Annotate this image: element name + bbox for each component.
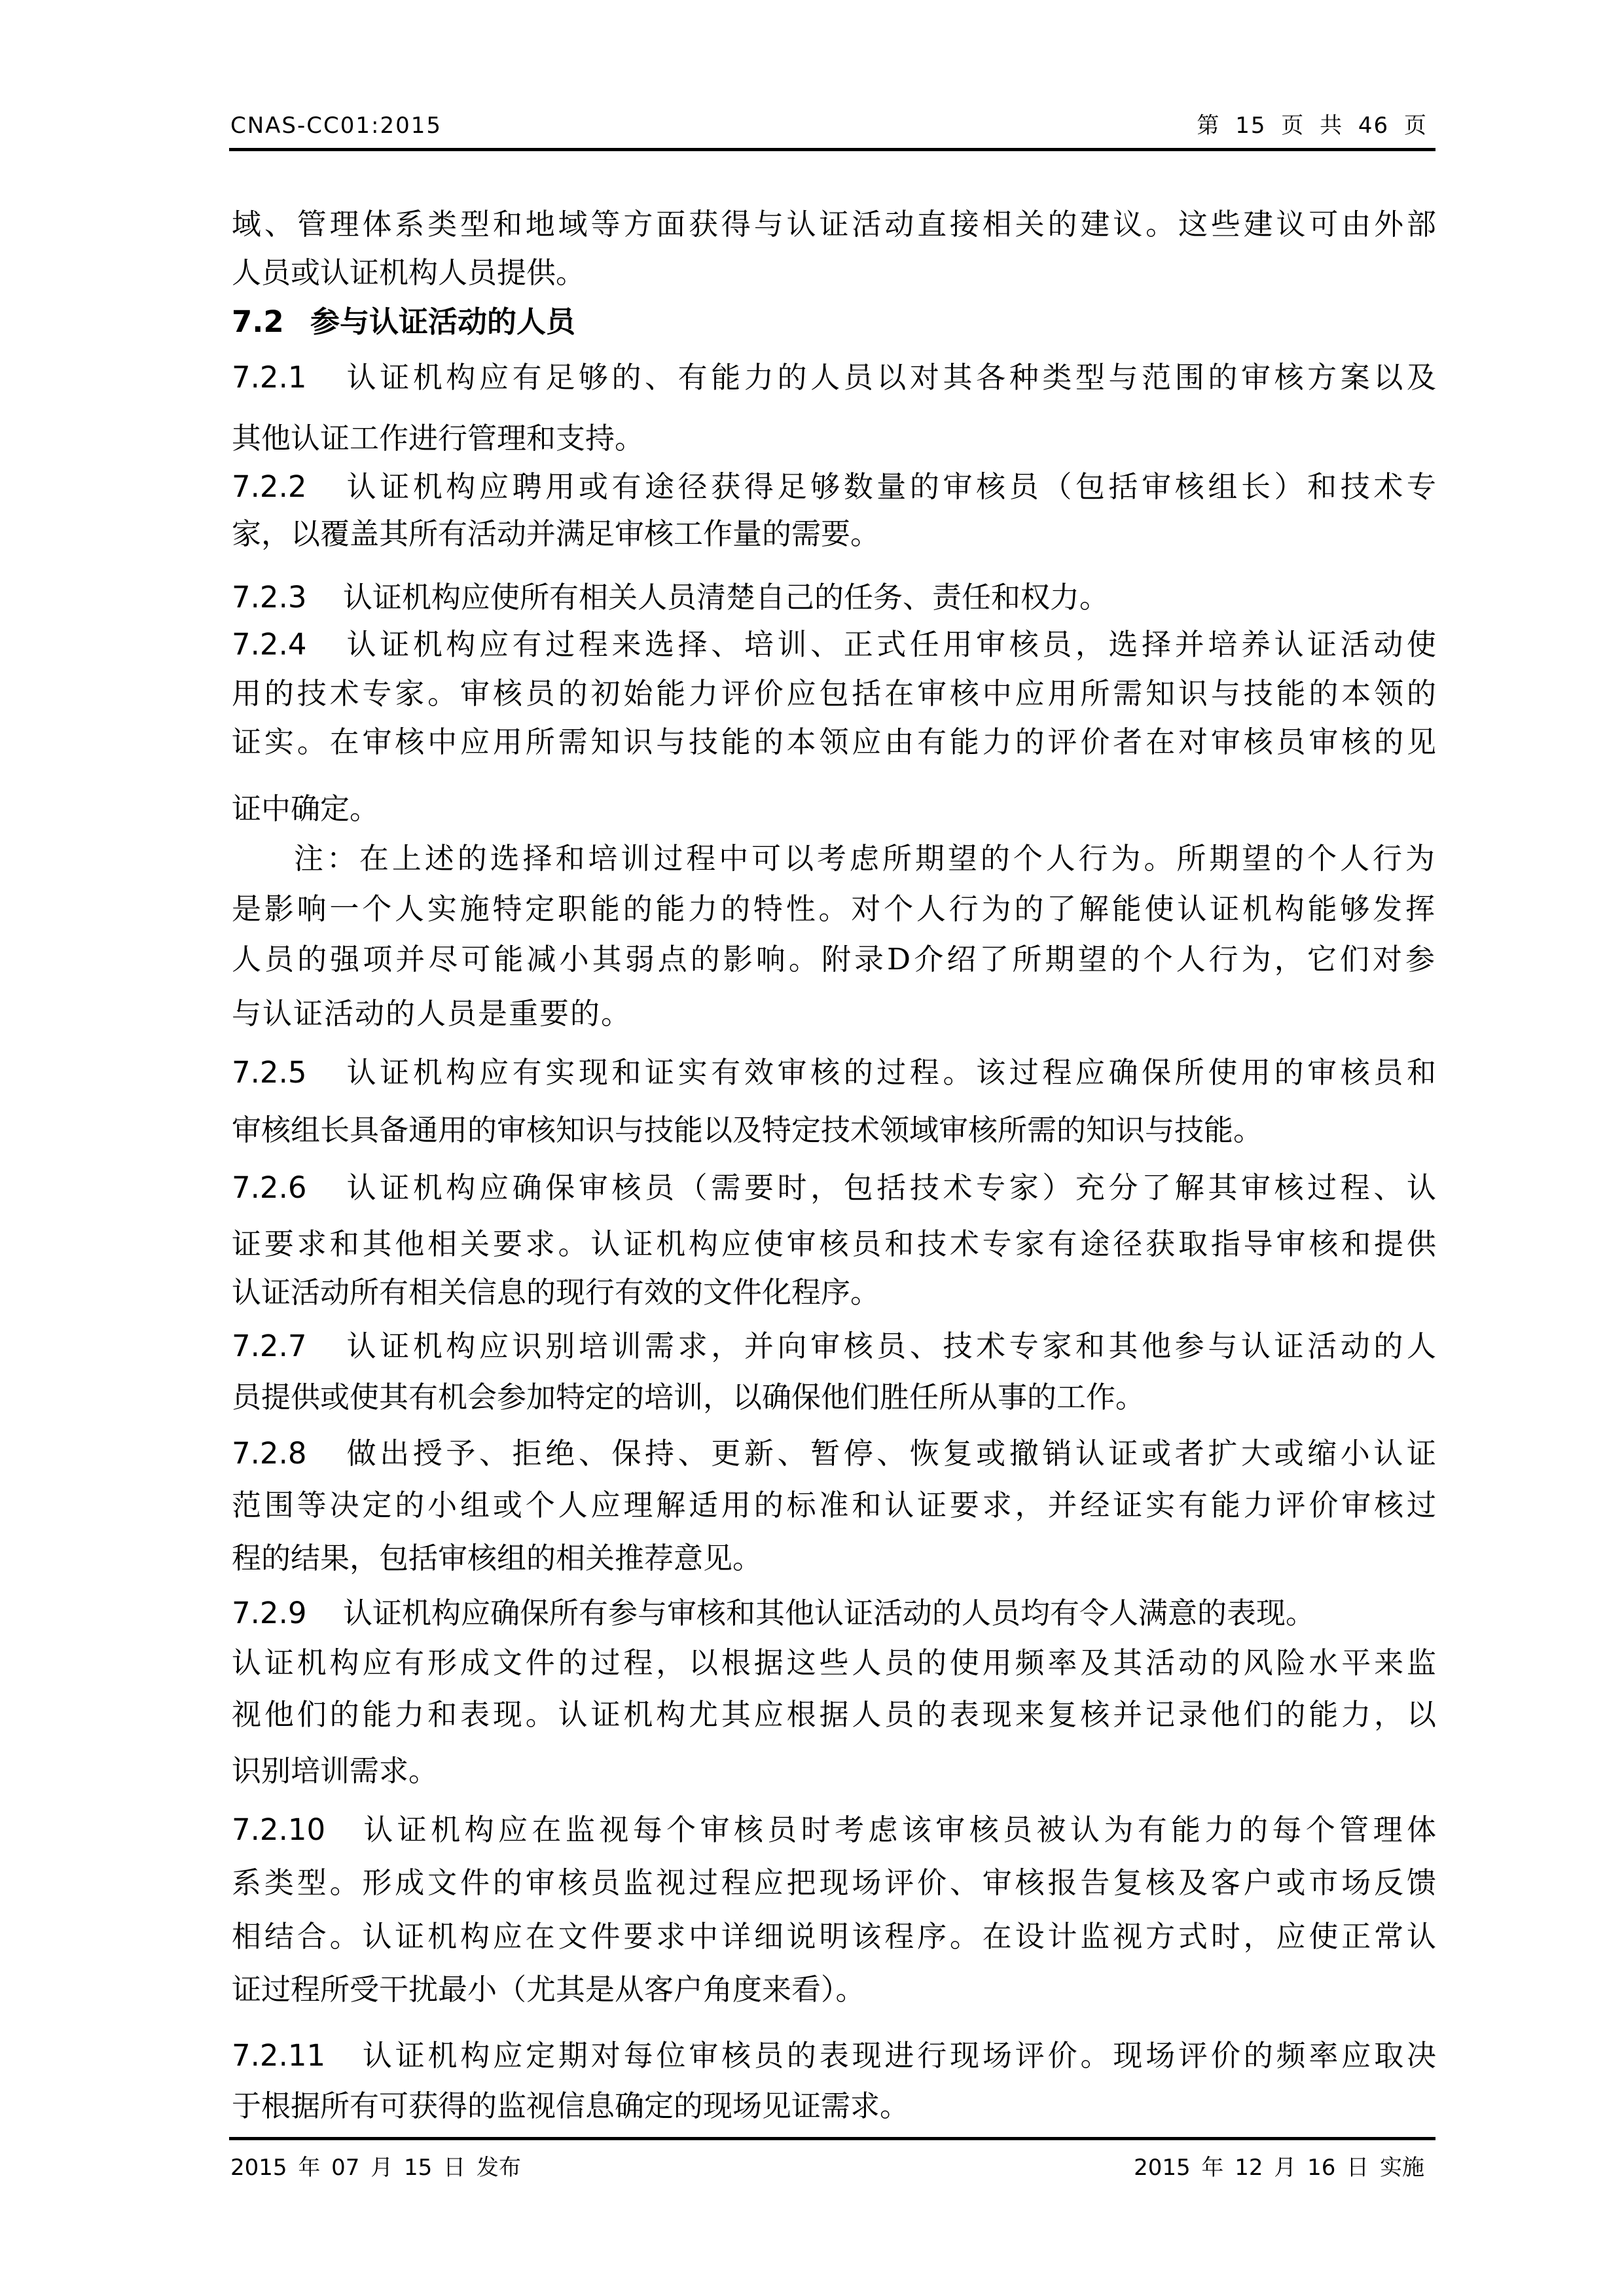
- clause-text: 认证机构应使所有相关人员清楚自己的任务、责任和权力。: [343, 580, 1109, 615]
- section-heading: 7.2参与认证活动的人员: [232, 302, 1436, 342]
- clause-7-2-7: 7.2.7认证机构应识别培训需求，并向审核员、技术专家和其他参与认证活动的人: [232, 1327, 1436, 1366]
- paragraph-line: 证过程所受干扰最小（尤其是从客户角度来看）。: [232, 1970, 1436, 2009]
- clause-7-2-8: 7.2.8做出授予、拒绝、保持、更新、暂停、恢复或撤销认证或者扩大或缩小认证: [232, 1434, 1436, 1473]
- clause-text: 做出授予、拒绝、保持、更新、暂停、恢复或撤销认证或者扩大或缩小认证: [343, 1436, 1436, 1471]
- clause-7-2-5: 7.2.5认证机构应有实现和证实有效审核的过程。该过程应确保所使用的审核员和: [232, 1053, 1436, 1092]
- section-number: 7.2: [232, 302, 310, 342]
- clause-7-2-3: 7.2.3认证机构应使所有相关人员清楚自己的任务、责任和权力。: [232, 578, 1436, 617]
- clause-7-2-1: 7.2.1认证机构应有足够的、有能力的人员以对其各种类型与范围的审核方案以及: [232, 358, 1436, 397]
- paragraph-line: 其他认证工作进行管理和支持。: [232, 419, 1436, 458]
- page-indicator: 第 15 页 共 46 页: [1197, 111, 1428, 140]
- clause-text: 认证机构应在监视每个审核员时考虑该审核员被认为有能力的每个管理体: [359, 1812, 1436, 1847]
- clause-text: 认证机构应定期对每位审核员的表现进行现场评价。现场评价的频率应取决: [359, 2038, 1436, 2073]
- paragraph-line: 员提供或使其有机会参加特定的培训，以确保他们胜任所从事的工作。: [232, 1378, 1436, 1417]
- clause-text: 认证机构应有实现和证实有效审核的过程。该过程应确保所使用的审核员和: [343, 1055, 1436, 1090]
- note-line: 与认证活动的人员是重要的。: [232, 994, 1436, 1033]
- header-rule: [229, 148, 1435, 151]
- clause-text: 认证机构应确保所有参与审核和其他认证活动的人员均有令人满意的表现。: [343, 1596, 1315, 1630]
- paragraph-line: 审核组长具备通用的审核知识与技能以及特定技术领域审核所需的知识与技能。: [232, 1111, 1436, 1150]
- clause-number: 7.2.2: [232, 467, 343, 507]
- note-line: 注：在上述的选择和培训过程中可以考虑所期望的个人行为。所期望的个人行为: [294, 839, 1436, 878]
- clause-text: 认证机构应有足够的、有能力的人员以对其各种类型与范围的审核方案以及: [343, 360, 1436, 395]
- paragraph-line: 证中确定。: [232, 789, 1436, 829]
- clause-number: 7.2.11: [232, 2036, 359, 2075]
- paragraph-line: 家，以覆盖其所有活动并满足审核工作量的需要。: [232, 514, 1436, 554]
- clause-7-2-10: 7.2.10认证机构应在监视每个审核员时考虑该审核员被认为有能力的每个管理体: [232, 1810, 1436, 1850]
- clause-number: 7.2.7: [232, 1327, 343, 1366]
- clause-7-2-9: 7.2.9认证机构应确保所有参与审核和其他认证活动的人员均有令人满意的表现。: [232, 1594, 1436, 1633]
- clause-number: 7.2.4: [232, 625, 343, 664]
- paragraph-line: 于根据所有可获得的监视信息确定的现场见证需求。: [232, 2087, 1436, 2126]
- clause-7-2-6: 7.2.6认证机构应确保审核员（需要时，包括技术专家）充分了解其审核过程、认: [232, 1168, 1436, 1208]
- clause-number: 7.2.9: [232, 1594, 343, 1633]
- document-id: CNAS-CC01:2015: [230, 111, 442, 140]
- paragraph-line: 认证活动所有相关信息的现行有效的文件化程序。: [232, 1273, 1436, 1312]
- document-page: CNAS-CC01:2015 第 15 页 共 46 页 域、管理体系类型和地域…: [0, 0, 1624, 2296]
- paragraph-line: 相结合。认证机构应在文件要求中详细说明该程序。在设计监视方式时，应使正常认: [232, 1917, 1436, 1956]
- clause-7-2-4: 7.2.4认证机构应有过程来选择、培训、正式任用审核员，选择并培养认证活动使: [232, 625, 1436, 664]
- paragraph-line: 识别培训需求。: [232, 1751, 1436, 1791]
- paragraph-line: 人员或认证机构人员提供。: [232, 253, 1436, 293]
- clause-text: 认证机构应聘用或有途径获得足够数量的审核员（包括审核组长）和技术专: [343, 469, 1436, 504]
- clause-number: 7.2.6: [232, 1168, 343, 1208]
- paragraph-line: 证实。在审核中应用所需知识与技能的本领应由有能力的评价者在对审核员审核的见: [232, 723, 1436, 762]
- paragraph-line: 范围等决定的小组或个人应理解适用的标准和认证要求，并经证实有能力评价审核过: [232, 1486, 1436, 1525]
- clause-number: 7.2.8: [232, 1434, 343, 1473]
- clause-number: 7.2.1: [232, 358, 343, 397]
- paragraph-line: 域、管理体系类型和地域等方面获得与认证活动直接相关的建议。这些建议可由外部: [232, 205, 1436, 244]
- clause-7-2-2: 7.2.2认证机构应聘用或有途径获得足够数量的审核员（包括审核组长）和技术专: [232, 467, 1436, 507]
- clause-text: 认证机构应确保审核员（需要时，包括技术专家）充分了解其审核过程、认: [343, 1170, 1436, 1205]
- clause-text: 认证机构应有过程来选择、培训、正式任用审核员，选择并培养认证活动使: [343, 627, 1436, 662]
- note-line: 是影响一个人实施特定职能的能力的特性。对个人行为的了解能使认证机构能够发挥: [232, 889, 1436, 929]
- paragraph-line: 系类型。形成文件的审核员监视过程应把现场评价、审核报告复核及客户或市场反馈: [232, 1863, 1436, 1903]
- paragraph-line: 认证机构应有形成文件的过程，以根据这些人员的使用频率及其活动的风险水平来监: [232, 1643, 1436, 1683]
- effective-date: 2015 年 12 月 16 日 实施: [1134, 2153, 1424, 2182]
- clause-number: 7.2.5: [232, 1053, 343, 1092]
- clause-number: 7.2.3: [232, 578, 343, 617]
- paragraph-line: 视他们的能力和表现。认证机构尤其应根据人员的表现来复核并记录他们的能力，以: [232, 1695, 1436, 1734]
- paragraph-line: 用的技术专家。审核员的初始能力评价应包括在审核中应用所需知识与技能的本领的: [232, 674, 1436, 713]
- paragraph-line: 证要求和其他相关要求。认证机构应使审核员和技术专家有途径获取指导审核和提供: [232, 1225, 1436, 1264]
- clause-7-2-11: 7.2.11认证机构应定期对每位审核员的表现进行现场评价。现场评价的频率应取决: [232, 2036, 1436, 2075]
- footer-rule: [229, 2137, 1435, 2140]
- paragraph-line: 程的结果，包括审核组的相关推荐意见。: [232, 1539, 1436, 1578]
- issue-date: 2015 年 07 月 15 日 发布: [230, 2153, 521, 2182]
- note-line: 人员的强项并尽可能减小其弱点的影响。附录D介绍了所期望的个人行为，它们对参: [232, 940, 1436, 979]
- clause-number: 7.2.10: [232, 1810, 359, 1850]
- section-title: 参与认证活动的人员: [310, 304, 575, 339]
- clause-text: 认证机构应识别培训需求，并向审核员、技术专家和其他参与认证活动的人: [343, 1329, 1436, 1363]
